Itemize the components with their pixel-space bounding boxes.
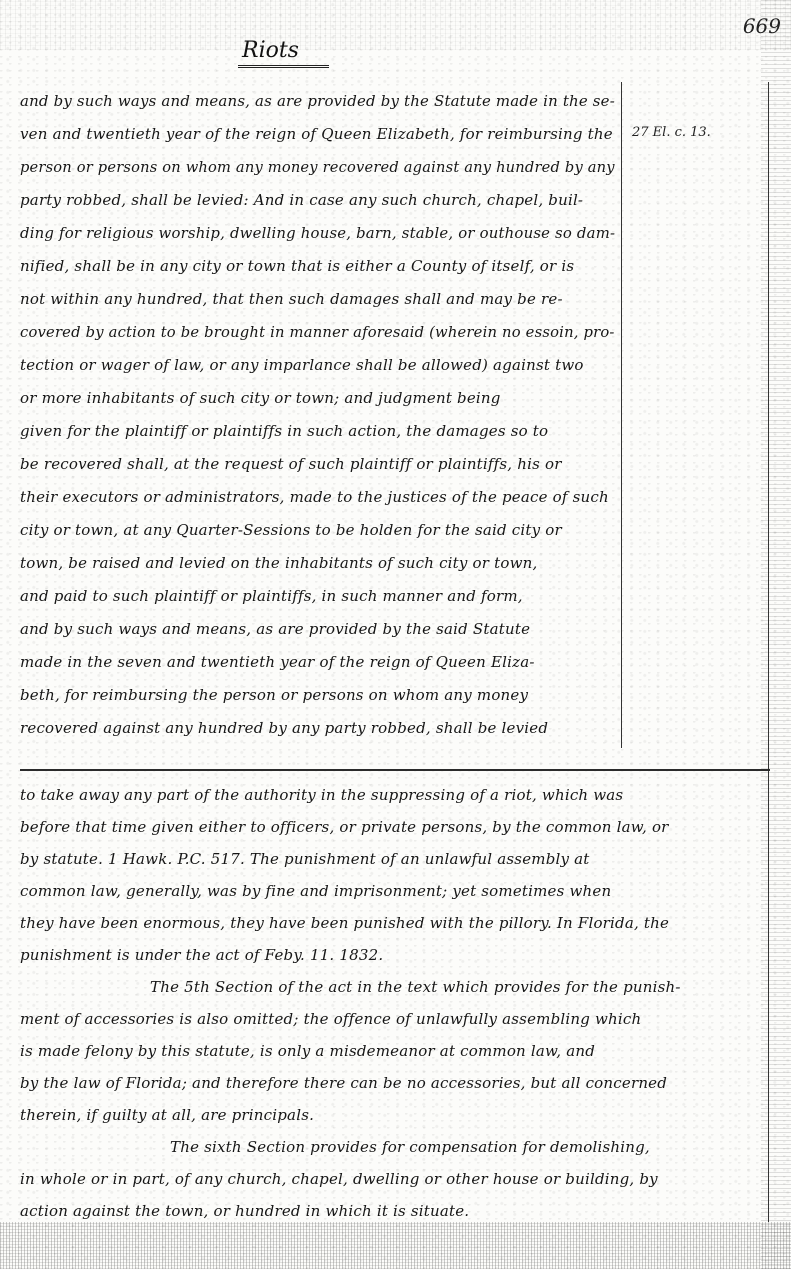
text-line: their executors or administrators, made … — [20, 488, 609, 506]
text-line: given for the plaintiff or plaintiffs in… — [20, 422, 548, 440]
page-number: 669 — [743, 14, 781, 38]
text-line: in whole or in part, of any church, chap… — [20, 1170, 658, 1188]
text-line: they have been enormous, they have been … — [20, 914, 669, 932]
text-line: by the law of Florida; and therefore the… — [20, 1074, 667, 1092]
text-line: not within any hundred, that then such d… — [20, 290, 563, 308]
text-line: ment of accessories is also omitted; the… — [20, 1010, 641, 1028]
text-line: and by such ways and means, as are provi… — [20, 92, 615, 110]
text-line: party robbed, shall be levied: And in ca… — [20, 191, 583, 209]
text-line: is made felony by this statute, is only … — [20, 1042, 595, 1060]
text-line: town, be raised and levied on the inhabi… — [20, 554, 537, 572]
scan-noise-bottom — [0, 1222, 791, 1269]
text-line: to take away any part of the authority i… — [20, 786, 623, 804]
scan-edge-right — [761, 0, 791, 1269]
text-line: beth, for reimbursing the person or pers… — [20, 686, 528, 704]
text-line: covered by action to be brought in manne… — [20, 323, 615, 341]
text-line: person or persons on whom any money reco… — [20, 158, 615, 176]
margin-citation: 27 El. c. 13. — [632, 125, 711, 140]
page-heading: Riots — [238, 38, 329, 68]
scan-noise-top — [0, 0, 791, 50]
manuscript-page: 669 Riots 27 El. c. 13. and by such ways… — [0, 0, 791, 1269]
text-line: therein, if guilty at all, are principal… — [20, 1106, 314, 1124]
text-line: made in the seven and twentieth year of … — [20, 653, 535, 671]
margin-rule-right — [768, 82, 769, 1222]
text-line: action against the town, or hundred in w… — [20, 1202, 469, 1220]
text-line: ding for religious worship, dwelling hou… — [20, 224, 615, 242]
text-line: punishment is under the act of Feby. 11.… — [20, 946, 383, 964]
text-line: nified, shall be in any city or town tha… — [20, 257, 574, 275]
section-divider — [20, 769, 770, 771]
text-line: The sixth Section provides for compensat… — [170, 1138, 650, 1156]
text-line: city or town, at any Quarter-Sessions to… — [20, 521, 562, 539]
margin-rule-left — [621, 82, 622, 748]
text-line: and paid to such plaintiff or plaintiffs… — [20, 587, 523, 605]
text-line: tection or wager of law, or any imparlan… — [20, 356, 584, 374]
text-line: and by such ways and means, as are provi… — [20, 620, 530, 638]
text-line: ven and twentieth year of the reign of Q… — [20, 125, 613, 143]
text-line: by statute. 1 Hawk. P.C. 517. The punish… — [20, 850, 590, 868]
text-line: The 5th Section of the act in the text w… — [150, 978, 681, 996]
text-line: be recovered shall, at the request of su… — [20, 455, 562, 473]
text-line: or more inhabitants of such city or town… — [20, 389, 501, 407]
text-line: before that time given either to officer… — [20, 818, 669, 836]
text-line: common law, generally, was by fine and i… — [20, 882, 611, 900]
text-line: recovered against any hundred by any par… — [20, 719, 548, 737]
